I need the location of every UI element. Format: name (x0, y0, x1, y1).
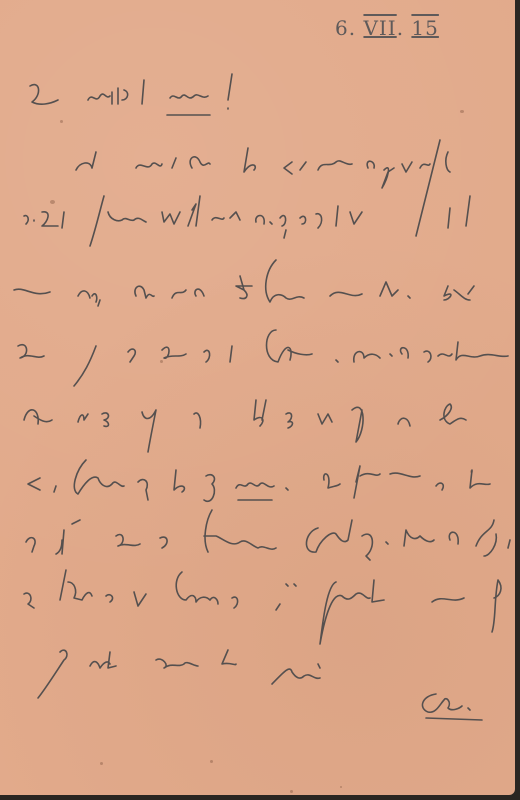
shorthand-line (14, 260, 474, 306)
shorthand-line (28, 460, 490, 501)
shorthand-handwriting (0, 0, 520, 800)
salutation (30, 74, 232, 115)
shorthand-line (24, 570, 501, 644)
shorthand-line (24, 400, 466, 452)
signature (422, 694, 482, 720)
shorthand-line (38, 650, 320, 698)
shorthand-line (76, 148, 450, 188)
shorthand-line (18, 330, 508, 386)
shorthand-line (26, 510, 510, 560)
